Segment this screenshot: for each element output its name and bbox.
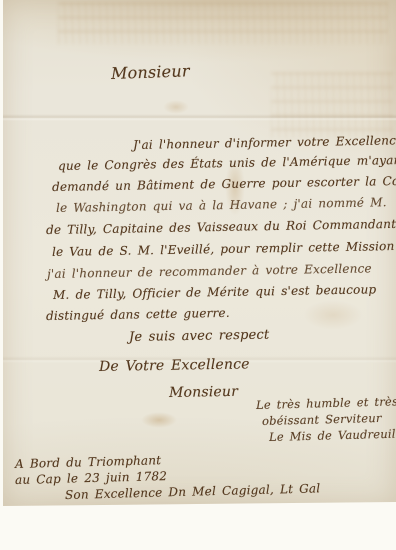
body-line: que le Congrès des États unis de l'Améri…	[58, 153, 396, 173]
dateline-date: au Cap le 23 juin 1782	[15, 469, 167, 487]
signature-line: Le très humble et très	[256, 394, 396, 412]
closing-respect: Je suis avec respect	[129, 328, 270, 345]
bleedthrough-right	[271, 72, 393, 138]
stain	[303, 300, 363, 330]
signature-name: Le Mis de Vaudreuil	[269, 427, 396, 444]
body-line: le Washington qui va à la Havane ; j'ai …	[56, 195, 387, 215]
signature-line: obéissant Serviteur	[262, 411, 382, 428]
closing-monsieur: Monsieur	[169, 384, 238, 401]
stain	[163, 100, 189, 114]
paper-sheet: Monsieur J'ai l'honneur d'informer votre…	[3, 0, 396, 506]
bleedthrough-top	[58, 2, 388, 44]
body-line: J'ai l'honneur d'informer votre Excellen…	[133, 133, 396, 152]
stain	[141, 412, 177, 428]
body-line: M. de Tilly, Officier de Mérite qui s'es…	[53, 282, 377, 302]
scanned-letter: Monsieur J'ai l'honneur d'informer votre…	[0, 0, 396, 550]
body-line: j'ai l'honneur de recommander à votre Ex…	[47, 261, 372, 281]
body-line: de Tilly, Capitaine des Vaisseaux du Roi…	[46, 217, 396, 237]
body-line: demandé un Bâtiment de Guerre pour escor…	[52, 173, 396, 194]
fold-crease	[3, 114, 396, 121]
closing-excellence: De Votre Excellence	[99, 356, 250, 375]
body-line: le Vau de S. M. l'Eveillé, pour remplir …	[52, 239, 395, 259]
dateline-place: A Bord du Triomphant	[15, 453, 162, 471]
body-line: distingué dans cette guerre.	[46, 306, 230, 323]
salutation: Monsieur	[111, 61, 190, 83]
